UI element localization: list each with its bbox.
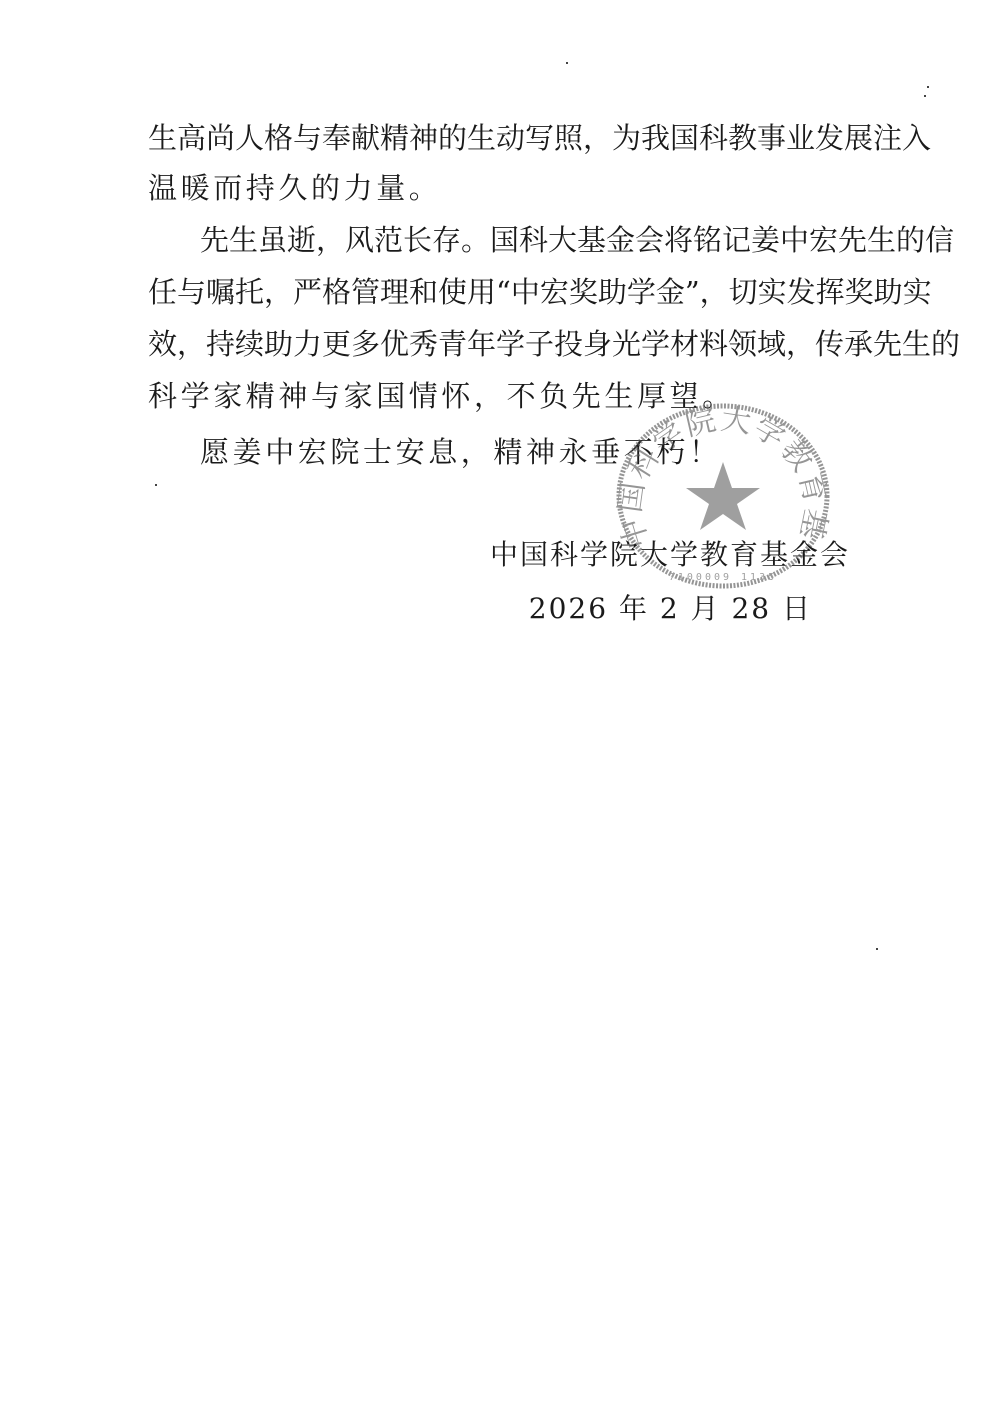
scan-speck — [155, 484, 157, 486]
paragraph-1-line-1: 生高尚人格与奉献精神的生动写照，为我国科教事业发展注入 — [148, 118, 860, 158]
scan-speck — [927, 86, 929, 88]
document-page: 生高尚人格与奉献精神的生动写照，为我国科教事业发展注入 温暖而持久的力量。 先生… — [0, 0, 992, 1403]
paragraph-2-line-1: 先生虽逝，风范长存。国科大基金会将铭记姜中宏先生的信 — [200, 220, 860, 260]
seal-star-icon — [686, 462, 760, 530]
signature-organization: 中国科学院大学教育基金会 — [490, 535, 850, 575]
scan-speck — [566, 62, 568, 64]
paragraph-2-line-3: 效，持续助力更多优秀青年学子投身光学材料领域，传承先生的 — [148, 324, 860, 364]
signature-date: 2026 年 2 月 28 日 — [529, 589, 812, 629]
paragraph-2-line-2: 任与嘱托，严格管理和使用“中宏奖助学金”，切实发挥奖助实 — [148, 272, 860, 312]
scan-speck — [876, 948, 878, 950]
scan-speck — [924, 95, 926, 97]
paragraph-1-line-2: 温暖而持久的力量。 — [148, 168, 860, 208]
scan-speck — [862, 134, 864, 136]
